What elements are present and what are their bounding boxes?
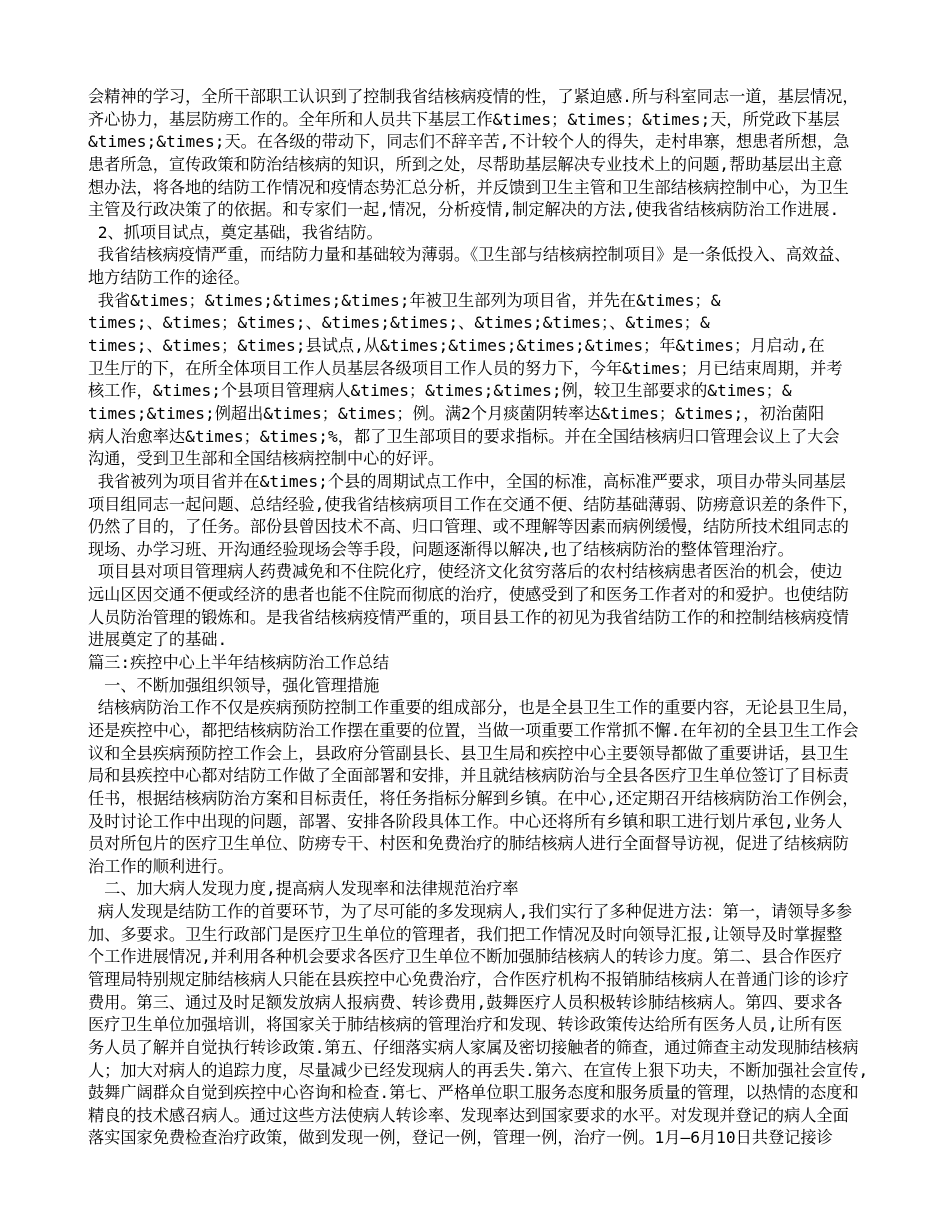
text-line: 想办法，将各地的结防工作情况和疫情态势汇总分析，并反馈到卫生主管和卫生部结核病控… (88, 177, 918, 200)
text-line: 及时讨论工作中出现的问题，部署、安排各阶段具体工作。中心还将所有乡镇和职工进行划… (88, 811, 918, 834)
text-line: 进展奠定了的基础. (88, 629, 918, 652)
text-line: 我省&times；&times;&times;&times;年被卫生部列为项目省… (88, 290, 918, 313)
text-line: 精良的技术感召病人。通过这些方法使病人转诊率、发现率达到国家要求的水平。对发现并… (88, 1105, 918, 1128)
paragraph: 会精神的学习，全所干部职工认识到了控制我省结核病疫情的性，了紧迫感.所与科室同志… (88, 86, 918, 222)
text-line: 局和县疾控中心都对结防工作做了全面部署和安排，并且就结核病防治与全县各医疗卫生单… (88, 765, 918, 788)
text-line: 人员防治管理的锻炼和。是我省结核病疫情严重的，项目县工作的初见为我省结防工作的和… (88, 607, 918, 630)
paragraph: 我省结核病疫情严重，而结防力量和基础较为薄弱。《卫生部与结核病控制项目》是一条低… (88, 244, 918, 289)
text-line: 鼓舞广阔群众自觉到疾控中心咨询和检查.第七、严格单位职工服务态度和服务质量的管理… (88, 1082, 918, 1105)
text-line: 病人发现是结防工作的首要环节，为了尽可能的多发现病人,我们实行了多种促进方法：第… (88, 901, 918, 924)
text-line: 主管及行政决策了的依据。和专家们一起,情况，分析疫情,制定解决的方法,使我省结核… (88, 199, 918, 222)
text-line: 我省被列为项目省并在&times;个县的周期试点工作中，全国的标准，高标准严要求… (88, 471, 918, 494)
text-line: 病人治愈率达&times；&times;%，都了卫生部项目的要求指标。并在全国结… (88, 426, 918, 449)
paragraph: 2、抓项目试点，奠定基础，我省结防。 (88, 222, 918, 245)
document-page: 会精神的学习，全所干部职工认识到了控制我省结核病疫情的性，了紧迫感.所与科室同志… (0, 0, 950, 1230)
text-line: 治工作的顺利进行。 (88, 856, 918, 879)
text-line: 个工作进展情况,并利用各种机会要求各医疗卫生单位不断加强肺结核病人的转诊力度。第… (88, 946, 918, 969)
text-line: 落实国家免费检查治疗政策，做到发现一例，登记一例，管理一例，治疗一例。1月–6月… (88, 1127, 918, 1150)
paragraph: 病人发现是结防工作的首要环节，为了尽可能的多发现病人,我们实行了多种促进方法：第… (88, 901, 918, 1150)
text-line: 议和全县疾病预防控工作会上，县政府分管副县长、县卫生局和疾控中心主要领导都做了重… (88, 743, 918, 766)
text-line: 结核病防治工作不仅是疾病预防控制工作重要的组成部分，也是全县卫生工作的重要内容，… (88, 697, 918, 720)
text-line: 地方结防工作的途径。 (88, 267, 918, 290)
text-line: 员对所包片的医疗卫生单位、防痨专干、村医和免费治疗的肺结核病人进行全面督导访视，… (88, 833, 918, 856)
text-line: 2、抓项目试点，奠定基础，我省结防。 (88, 222, 918, 245)
text-line: 现场、办学习班、开沟通经验现场会等手段，问题逐渐得以解决,也了结核病防治的整体管… (88, 539, 918, 562)
paragraph: 二、加大病人发现力度,提高病人发现率和法律规范治疗率 (88, 878, 918, 901)
text-line: 二、加大病人发现力度,提高病人发现率和法律规范治疗率 (88, 878, 918, 901)
paragraph: 我省&times；&times;&times;&times;年被卫生部列为项目省… (88, 290, 918, 471)
text-line: 人；加大对病人的追踪力度，尽量减少已经发现病人的再丢失.第六、在宣传上狠下功夫，… (88, 1060, 918, 1083)
paragraph: 篇三:疾控中心上半年结核病防治工作总结 (88, 652, 918, 675)
text-line: 核工作，&times;个县项目管理病人&times；&times;&times;… (88, 380, 918, 403)
text-line: 项目县对项目管理病人药费减免和不住院化疗，使经济文化贫穷落后的农村结核病患者医治… (88, 561, 918, 584)
text-line: 加、多要求。卫生行政部门是医疗卫生单位的管理者，我们把工作情况及时向领导汇报,让… (88, 924, 918, 947)
text-line: times;、&times；&times;县试点,从&times;&times;… (88, 335, 918, 358)
text-line: 任书，根据结核病防治方案和目标责任，将任务指标分解到乡镇。在中心,还定期召开结核… (88, 788, 918, 811)
text-line: 务人员了解并自觉执行转诊政策.第五、仔细落实病人家属及密切接触者的筛查，通过筛查… (88, 1037, 918, 1060)
paragraph: 项目县对项目管理病人药费减免和不住院化疗，使经济文化贫穷落后的农村结核病患者医治… (88, 561, 918, 652)
text-line: 一、不断加强组织领导，强化管理措施 (88, 675, 918, 698)
text-line: 远山区因交通不便或经济的患者也能不住院而彻底的治疗，使感受到了和医务工作者对的和… (88, 584, 918, 607)
text-line: 齐心协力，基层防痨工作的。全年所和人员共下基层工作&times；&times；&… (88, 109, 918, 132)
text-line: 医疗卫生单位加强培训，将国家关于肺结核病的管理治疗和发现、转诊政策传达给所有医务… (88, 1014, 918, 1037)
text-line: 篇三:疾控中心上半年结核病防治工作总结 (88, 652, 918, 675)
text-line: 沟通，受到卫生部和全国结核病控制中心的好评。 (88, 448, 918, 471)
text-line: 会精神的学习，全所干部职工认识到了控制我省结核病疫情的性，了紧迫感.所与科室同志… (88, 86, 918, 109)
text-line: 管理局特别规定肺结核病人只能在县疾控中心免费治疗，合作医疗机构不报销肺结核病人在… (88, 969, 918, 992)
paragraph: 我省被列为项目省并在&times;个县的周期试点工作中，全国的标准，高标准严要求… (88, 471, 918, 562)
text-line: 我省结核病疫情严重，而结防力量和基础较为薄弱。《卫生部与结核病控制项目》是一条低… (88, 244, 918, 267)
text-line: 项目组同志一起问题、总结经验,使我省结核病项目工作在交通不便、结防基础薄弱、防痨… (88, 494, 918, 517)
document-body: 会精神的学习，全所干部职工认识到了控制我省结核病疫情的性，了紧迫感.所与科室同志… (88, 86, 918, 1150)
text-line: 卫生厅的下，在所全体项目工作人员基层各级项目工作人员的努力下，今年&times；… (88, 358, 918, 381)
text-line: 费用。第三、通过及时足额发放病人报病费、转诊费用,鼓舞医疗人员积极转诊肺结核病人… (88, 992, 918, 1015)
text-line: times;&times;例超出&times；&times；例。满2个月痰菌阴转… (88, 403, 918, 426)
text-line: 还是疾控中心，都把结核病防治工作摆在重要的位置，当做一项重要工作常抓不懈.在年初… (88, 720, 918, 743)
paragraph: 一、不断加强组织领导，强化管理措施 (88, 675, 918, 698)
paragraph: 结核病防治工作不仅是疾病预防控制工作重要的组成部分，也是全县卫生工作的重要内容，… (88, 697, 918, 878)
text-line: 患者所急，宣传政策和防治结核病的知识，所到之处，尽帮助基层解决专业技术上的问题,… (88, 154, 918, 177)
text-line: times;、&times；&times;、&times;&times;、&ti… (88, 312, 918, 335)
text-line: 仍然了目的，了任务。部份县曾因技术不高、归口管理、或不理解等因素而病例缓慢，结防… (88, 516, 918, 539)
text-line: &times;&times;天。在各级的带动下，同志们不辞辛苦,不计较个人的得失… (88, 131, 918, 154)
